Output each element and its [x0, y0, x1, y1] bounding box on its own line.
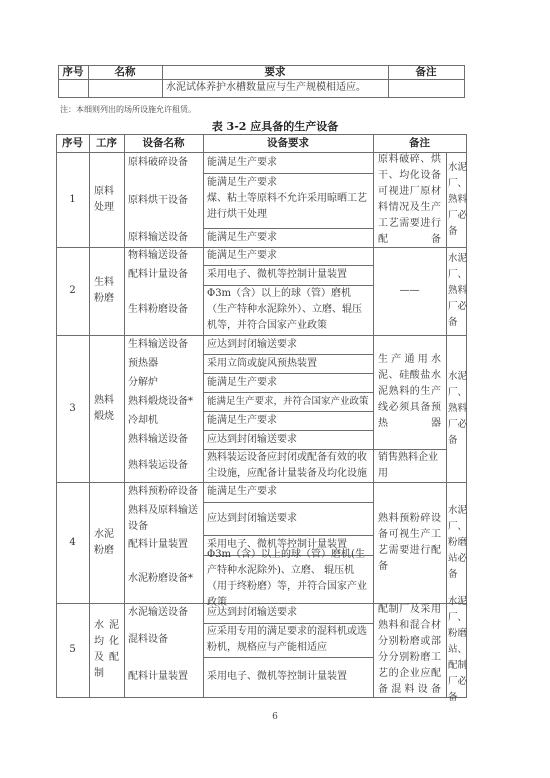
top-header-remark: 备注 [388, 65, 464, 79]
equipment-name: 生料输送设备 [124, 335, 203, 354]
equipment-requirement: 应达到封闭输送要求 [203, 502, 373, 535]
equipment-requirement: Φ3m（含）以上的球（管）磨机（生产特种水泥除外）、立磨、辊压机等，并符合国家产… [203, 285, 373, 335]
equipment-name: 原料输送设备 [124, 228, 203, 247]
equipment-name: 配料计量设备 [124, 265, 203, 285]
equipment-name: 生料粉磨设备 [124, 285, 203, 335]
equipment-name: 熟料煅烧设备* [124, 392, 203, 411]
equipment-requirement: 应采用专用的满足要求的混料机或选粉机，规格应与产能相适应 [203, 623, 373, 657]
equipment-requirement: 熟料装运设备应封闭或配备有效的收尘设施，应配备计量装备及均化设施 [203, 449, 373, 482]
remark-required: 水泥厂、熟料厂必备 [446, 247, 466, 335]
top-header-no: 序号 [58, 65, 88, 79]
section-no: 4 [56, 482, 89, 603]
header-no: 序号 [56, 134, 89, 152]
equipment-name: 水泥粉磨设备* [124, 555, 203, 603]
equipment-requirement: 能满足生产要求 [203, 152, 373, 173]
remark-condition: 生产通用水泥、硅酸盐水泥熟料的生产线必须具备预热器 [373, 335, 446, 449]
equipment-name: 冷却机 [124, 411, 203, 430]
equipment-requirement: 应达到封闭输送要求 [203, 335, 373, 354]
equipment-name: 分解炉 [124, 373, 203, 392]
section-process: 生料粉磨 [89, 247, 124, 335]
equipment-name: 原料烘干设备 [124, 173, 203, 228]
equipment-name: 原料破碎设备 [124, 152, 203, 173]
section-process: 水泥粉磨 [89, 482, 124, 603]
top-header-name: 名称 [88, 65, 162, 79]
remark-condition: 原料破碎、烘干、均化设备可视进厂原材料情况及生产工艺需要进行配备 [373, 152, 446, 247]
equipment-name: 预热器 [124, 354, 203, 373]
requirement-line: 煤、粘土等原料不允许采用晾晒工艺进行烘干处理 [207, 191, 369, 223]
equipment-requirement: 能满足生产要求 [203, 228, 373, 247]
header-requirement: 设备要求 [203, 134, 373, 152]
equipment-requirement: 采用电子、微机等控制计量装置 [203, 265, 373, 285]
equipment-name: 熟料输送设备 [124, 430, 203, 449]
section-no: 3 [56, 335, 89, 482]
requirement-line: 能满足生产要求 [207, 175, 369, 191]
equipment-requirement: 应达到封闭输送要求 [203, 603, 373, 623]
remark-required: 水泥厂、粉磨站、配制厂必备 [446, 603, 466, 697]
top-header-requirement: 要求 [162, 65, 388, 79]
equipment-requirement: 能满足生产要求 [203, 373, 373, 392]
equipment-requirement: 能满足生产要求，并符合国家产业政策 [203, 392, 373, 411]
equipment-requirement: 能满足生产要求 [203, 247, 373, 265]
divider [464, 65, 465, 98]
remark-condition: —— [373, 247, 446, 335]
remark-required: 水泥厂、熟料厂必备 [446, 335, 466, 482]
section-process: 原料处理 [89, 152, 124, 247]
header-remark: 备注 [373, 134, 466, 152]
section-no: 5 [56, 603, 89, 697]
header-process: 工序 [89, 134, 124, 152]
section-no: 2 [56, 247, 89, 335]
equipment-name: 熟料预粉碎设备 [124, 482, 203, 502]
equipment-name: 配料计量装置 [124, 535, 203, 555]
equipment-name: 配料计量装置 [124, 657, 203, 697]
equipment-name: 混料设备 [124, 623, 203, 657]
section-process: 熟料煅烧 [89, 335, 124, 482]
equipment-requirement: 能满足生产要求 [203, 482, 373, 502]
section-no: 1 [56, 152, 89, 247]
section-process: 水泥均化及配制 [89, 603, 124, 697]
remark-required: 水泥厂、粉磨站必备 [446, 482, 466, 603]
page-number: 6 [0, 712, 550, 722]
equipment-requirement: 采用电子、微机等控制计量装置 [203, 657, 373, 697]
table-title: 表 3-2 应具备的生产设备 [0, 118, 550, 134]
header-equipment: 设备名称 [124, 134, 203, 152]
equipment-requirement: 应达到封闭输送要求 [203, 430, 373, 449]
top-row-requirement: 水泥试体养护水槽数量应与生产规模相适应。 [162, 79, 388, 97]
equipment-requirement: 能满足生产要求 煤、粘土等原料不允许采用晾晒工艺进行烘干处理 [203, 173, 373, 228]
remark-condition: 熟料预粉碎设备可视生产工艺需要进行配备 [373, 482, 446, 603]
equipment-name: 物料输送设备 [124, 247, 203, 265]
equipment-requirement: 能满足生产要求 [203, 411, 373, 430]
equipment-requirement: Φ3m（含）以上的球（管）磨机(生产特种水泥除外)、立磨、 辊压机（用于终粉磨）… [203, 555, 373, 603]
equipment-name: 水泥输送设备 [124, 603, 203, 623]
remark-condition: 配制厂及采用熟料和混合材分别粉磨或部分分别粉磨工艺的企业应配备混料设备 [373, 603, 446, 697]
equipment-requirement: 采用立筒或旋风预热装置 [203, 354, 373, 373]
equipment-name: 熟料装运设备 [124, 449, 203, 482]
table-note: 注：本细则列出的场所设施允许租赁。 [60, 104, 196, 115]
divider [58, 97, 465, 98]
equipment-name: 熟料及原料输送设备 [124, 502, 203, 535]
remark-condition: 销售熟料企业用 [373, 449, 446, 482]
remark-required: 水泥厂、熟料厂必备 [446, 152, 466, 247]
